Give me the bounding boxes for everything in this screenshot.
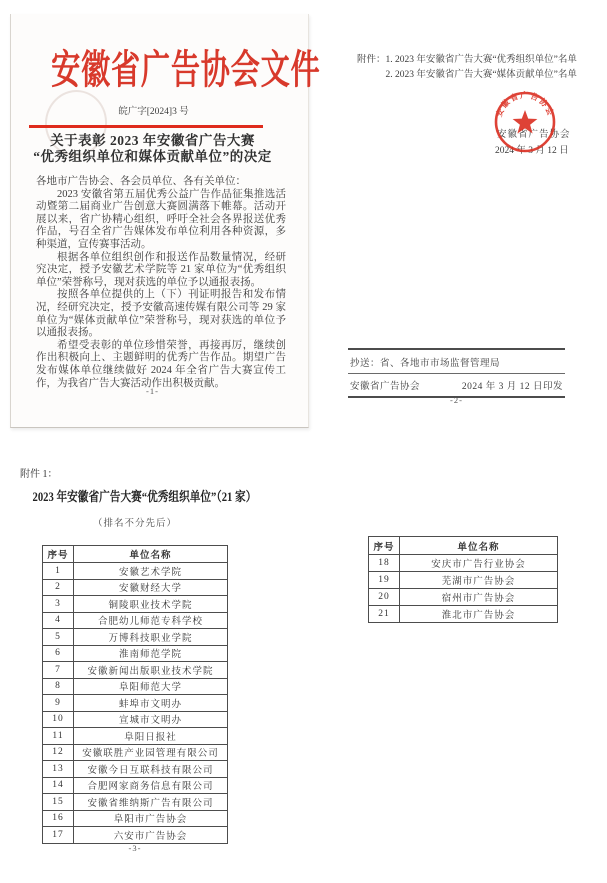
attachments-list: 1. 2023 年安徽省广告大赛“优秀组织单位”名单2. 2023 年安徽省广告… (386, 53, 577, 83)
row-number-cell: 21 (369, 606, 400, 623)
unit-name-cell: 蚌埠市文明办 (74, 695, 228, 712)
unit-name-cell: 安徽联胜产业园管理有限公司 (74, 744, 228, 761)
table-row: 19 芜湖市广告协会 (369, 572, 558, 589)
unit-name-cell: 芜湖市广告协会 (400, 572, 558, 589)
attachments-block: 附件： 1. 2023 年安徽省广告大赛“优秀组织单位”名单2. 2023 年安… (357, 53, 577, 83)
table-row: 1 安徽艺术学院 (43, 563, 228, 580)
document-number: 皖广字[2024]3 号 (11, 103, 296, 117)
row-number-cell: 18 (369, 555, 400, 572)
body-text: 各地市广告协会、各会员单位、各有关单位： 2023 安徽省第五届优秀公益广告作品… (36, 176, 286, 390)
unit-name-cell: 阜阳日报社 (74, 728, 228, 745)
header-序号: 序号 (43, 546, 74, 563)
header-单位名称: 单位名称 (74, 546, 228, 563)
row-number-cell: 13 (43, 761, 74, 778)
decision-title-line2: “优秀组织单位和媒体贡献单位”的决定 (11, 149, 294, 165)
row-number-cell: 16 (43, 810, 74, 827)
unit-name-cell: 合肥网家商务信息有限公司 (74, 777, 228, 794)
header-单位名称: 单位名称 (400, 537, 558, 555)
row-number-cell: 2 (43, 579, 74, 596)
row-number-cell: 5 (43, 629, 74, 646)
page-2: 附件： 1. 2023 年安徽省广告大赛“优秀组织单位”名单2. 2023 年安… (320, 14, 607, 428)
issuer-row: 安徽省广告协会 2024 年 3 月 12 日印发 (348, 374, 565, 396)
table-row: 12 安徽联胜产业园管理有限公司 (43, 744, 228, 761)
row-number-cell: 15 (43, 794, 74, 811)
page-3: 附件 1： 2023 年安徽省广告大赛“优秀组织单位”（21 家） （排名不分先… (10, 440, 310, 883)
page-number-3: -3- (42, 843, 228, 853)
table-header: 序号 单位名称 (43, 546, 228, 563)
roster-subtitle: （排名不分先后） (10, 515, 260, 529)
row-number-cell: 11 (43, 728, 74, 745)
table-row: 13 安徽今日互联科技有限公司 (43, 761, 228, 778)
page-number-2: -2- (348, 395, 565, 405)
unit-name-cell: 阜阳市广告协会 (74, 810, 228, 827)
winners-table-2: 序号 单位名称 18 安庆市广告行业协会 19 芜湖市广告协会 20 宿州市广告… (368, 536, 558, 623)
paragraph: 希望受表彰的单位珍惜荣誉，再接再厉，继续创作出积极向上、主题鲜明的优秀广告作品。… (36, 340, 286, 390)
row-number-cell: 19 (369, 572, 400, 589)
row-number-cell: 14 (43, 777, 74, 794)
row-number-cell: 1 (43, 563, 74, 580)
unit-name-cell: 安徽财经大学 (74, 579, 228, 596)
unit-name-cell: 安徽新闻出版职业技术学院 (74, 662, 228, 679)
row-number-cell: 20 (369, 589, 400, 606)
table-row: 8 阜阳师范大学 (43, 678, 228, 695)
table-row: 21 淮北市广告协会 (369, 606, 558, 623)
table-row: 4 合肥幼儿师范专科学校 (43, 612, 228, 629)
row-number-cell: 7 (43, 662, 74, 679)
table-row: 5 万博科技职业学院 (43, 629, 228, 646)
unit-name-cell: 安徽艺术学院 (74, 563, 228, 580)
print-date: 2024 年 3 月 12 日印发 (462, 378, 563, 392)
unit-name-cell: 宣城市文明办 (74, 711, 228, 728)
row-number-cell: 8 (43, 678, 74, 695)
table-body: 18 安庆市广告行业协会 19 芜湖市广告协会 20 宿州市广告协会 21 淮北… (369, 555, 558, 623)
page-1: 安徽省广告协会文件 皖广字[2024]3 号 关于表彰 2023 年安徽省广告大… (10, 14, 309, 428)
red-divider-line (29, 125, 263, 128)
table-row: 17 六安市广告协会 (43, 827, 228, 844)
table-row: 11 阜阳日报社 (43, 728, 228, 745)
unit-name-cell: 淮北市广告协会 (400, 606, 558, 623)
table-row: 9 蚌埠市文明办 (43, 695, 228, 712)
seal-star-icon (513, 110, 538, 134)
row-number-cell: 9 (43, 695, 74, 712)
unit-name-cell: 合肥幼儿师范专科学校 (74, 612, 228, 629)
table-row: 14 合肥网家商务信息有限公司 (43, 777, 228, 794)
row-number-cell: 6 (43, 645, 74, 662)
page-4: 序号 单位名称 18 安庆市广告行业协会 19 芜湖市广告协会 20 宿州市广告… (320, 440, 607, 883)
document-preview: 安徽省广告协会文件 皖广字[2024]3 号 关于表彰 2023 年安徽省广告大… (0, 0, 607, 883)
paragraph: 按照各单位提供的上（下）刊证明报告和发布情况，经研究决定，授予安徽高速传媒有限公… (36, 289, 286, 339)
circulation-block: 抄送：省、各地市市场监督管理局 安徽省广告协会 2024 年 3 月 12 日印… (348, 348, 565, 398)
salutation: 各地市广告协会、各会员单位、各有关单位： (36, 176, 286, 189)
table-body: 1 安徽艺术学院 2 安徽财经大学 3 铜陵职业技术学院 4 合肥幼儿师范专科学… (43, 563, 228, 844)
page-number-1: -1- (11, 386, 294, 396)
table-row: 15 安徽省维纳斯广告有限公司 (43, 794, 228, 811)
attachments-label: 附件： (357, 53, 386, 83)
table-row: 16 阜阳市广告协会 (43, 810, 228, 827)
decision-title: 关于表彰 2023 年安徽省广告大赛 “优秀组织单位和媒体贡献单位”的决定 (11, 133, 294, 165)
official-seal-icon: 安徽省广告协会 (493, 90, 557, 154)
table-row: 20 宿州市广告协会 (369, 589, 558, 606)
attachment-1-label: 附件 1： (20, 465, 58, 480)
table-row: 2 安徽财经大学 (43, 579, 228, 596)
row-number-cell: 4 (43, 612, 74, 629)
table-row: 10 宣城市文明办 (43, 711, 228, 728)
unit-name-cell: 六安市广告协会 (74, 827, 228, 844)
attachment-item: 1. 2023 年安徽省广告大赛“优秀组织单位”名单 (386, 53, 577, 68)
paragraph: 根据各单位组织创作和报送作品数量情况，经研究决定，授予安徽艺术学院等 21 家单… (36, 252, 286, 290)
unit-name-cell: 淮南师范学院 (74, 645, 228, 662)
table-row: 3 铜陵职业技术学院 (43, 596, 228, 613)
paragraph-list: 2023 安徽省第五届优秀公益广告作品征集推选活动暨第二届商业广告创意大赛圆满落… (36, 189, 286, 391)
row-number-cell: 3 (43, 596, 74, 613)
table-row: 6 淮南师范学院 (43, 645, 228, 662)
unit-name-cell: 安庆市广告行业协会 (400, 555, 558, 572)
header-序号: 序号 (369, 537, 400, 555)
winners-table-1: 序号 单位名称 1 安徽艺术学院 2 安徽财经大学 3 铜陵职业技术学院 4 合… (42, 545, 228, 844)
unit-name-cell: 安徽今日互联科技有限公司 (74, 761, 228, 778)
table-row: 7 安徽新闻出版职业技术学院 (43, 662, 228, 679)
unit-name-cell: 安徽省维纳斯广告有限公司 (74, 794, 228, 811)
paragraph: 2023 安徽省第五届优秀公益广告作品征集推选活动暨第二届商业广告创意大赛圆满落… (36, 189, 286, 252)
roster-title: 2023 年安徽省广告大赛“优秀组织单位”（21 家） (33, 486, 238, 505)
unit-name-cell: 万博科技职业学院 (74, 629, 228, 646)
row-number-cell: 12 (43, 744, 74, 761)
unit-name-cell: 宿州市广告协会 (400, 589, 558, 606)
row-number-cell: 17 (43, 827, 74, 844)
cc-line: 抄送：省、各地市市场监督管理局 (348, 350, 565, 374)
letterhead-title: 安徽省广告协会文件 (51, 38, 268, 95)
table-header: 序号 单位名称 (369, 537, 558, 555)
decision-title-line1: 关于表彰 2023 年安徽省广告大赛 (11, 133, 294, 149)
table-row: 18 安庆市广告行业协会 (369, 555, 558, 572)
issuer-org: 安徽省广告协会 (350, 378, 420, 392)
row-number-cell: 10 (43, 711, 74, 728)
unit-name-cell: 铜陵职业技术学院 (74, 596, 228, 613)
attachment-item: 2. 2023 年安徽省广告大赛“媒体贡献单位”名单 (386, 68, 577, 83)
unit-name-cell: 阜阳师范大学 (74, 678, 228, 695)
